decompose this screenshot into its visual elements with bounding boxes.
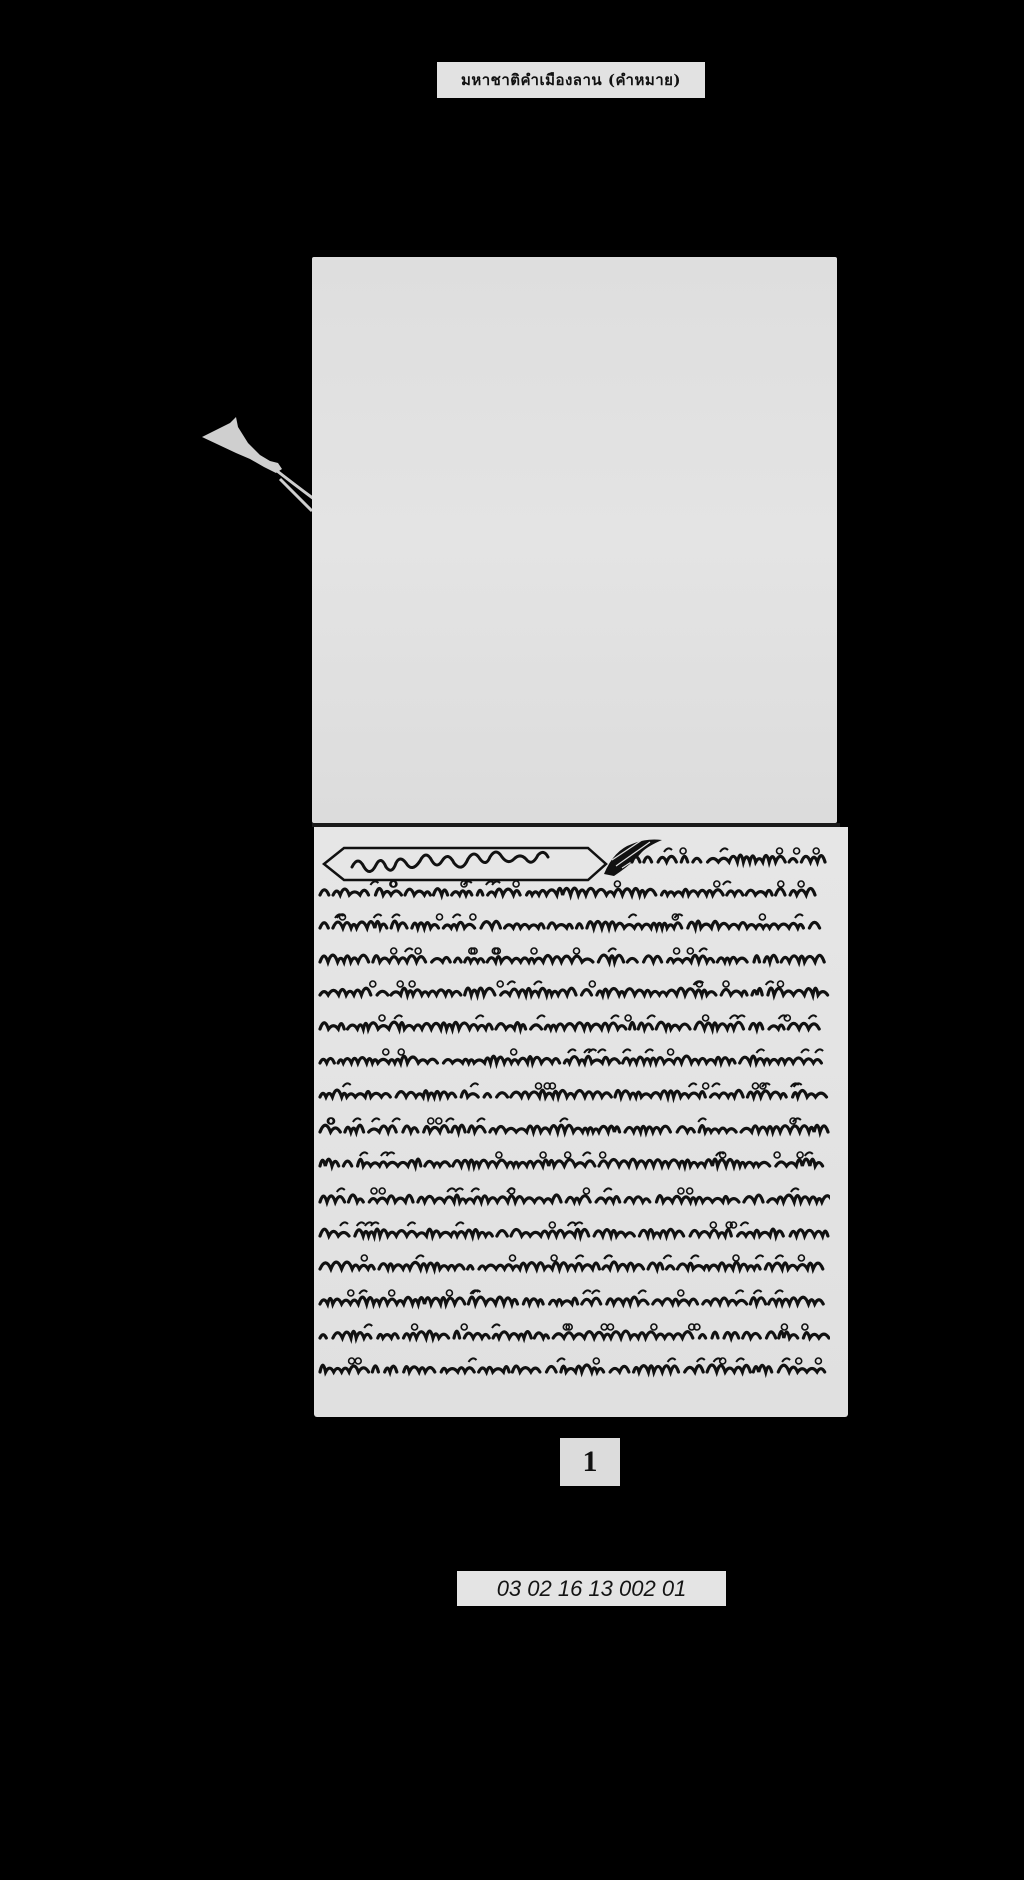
manuscript-line — [630, 846, 832, 876]
page-number-label: 1 — [560, 1438, 620, 1486]
title-label-text: มหาชาติคำเมืองลาน (คำหมาย) — [461, 68, 681, 92]
manuscript-line — [318, 1047, 830, 1077]
manuscript-line — [318, 1322, 830, 1352]
manuscript-top-leaf — [312, 257, 837, 823]
manuscript-line — [318, 1116, 830, 1146]
title-label: มหาชาติคำเมืองลาน (คำหมาย) — [437, 62, 705, 98]
archive-code-text: 03 02 16 13 002 01 — [497, 1576, 687, 1602]
archive-code-label: 03 02 16 13 002 01 — [457, 1571, 726, 1606]
string-tassel-icon — [200, 415, 315, 515]
manuscript-line — [318, 1220, 830, 1250]
manuscript-line — [318, 879, 830, 909]
page-number-text: 1 — [583, 1445, 598, 1479]
manuscript-line — [318, 1013, 830, 1043]
manuscript-line — [318, 979, 830, 1009]
manuscript-line — [318, 946, 830, 976]
manuscript-line — [318, 1288, 830, 1318]
title-cartouche — [320, 845, 610, 883]
manuscript-line — [318, 1356, 830, 1386]
manuscript-line — [318, 1186, 830, 1216]
manuscript-line — [318, 912, 830, 942]
manuscript-line — [318, 1253, 830, 1283]
manuscript-line — [318, 1150, 830, 1180]
manuscript-line — [318, 1081, 830, 1111]
